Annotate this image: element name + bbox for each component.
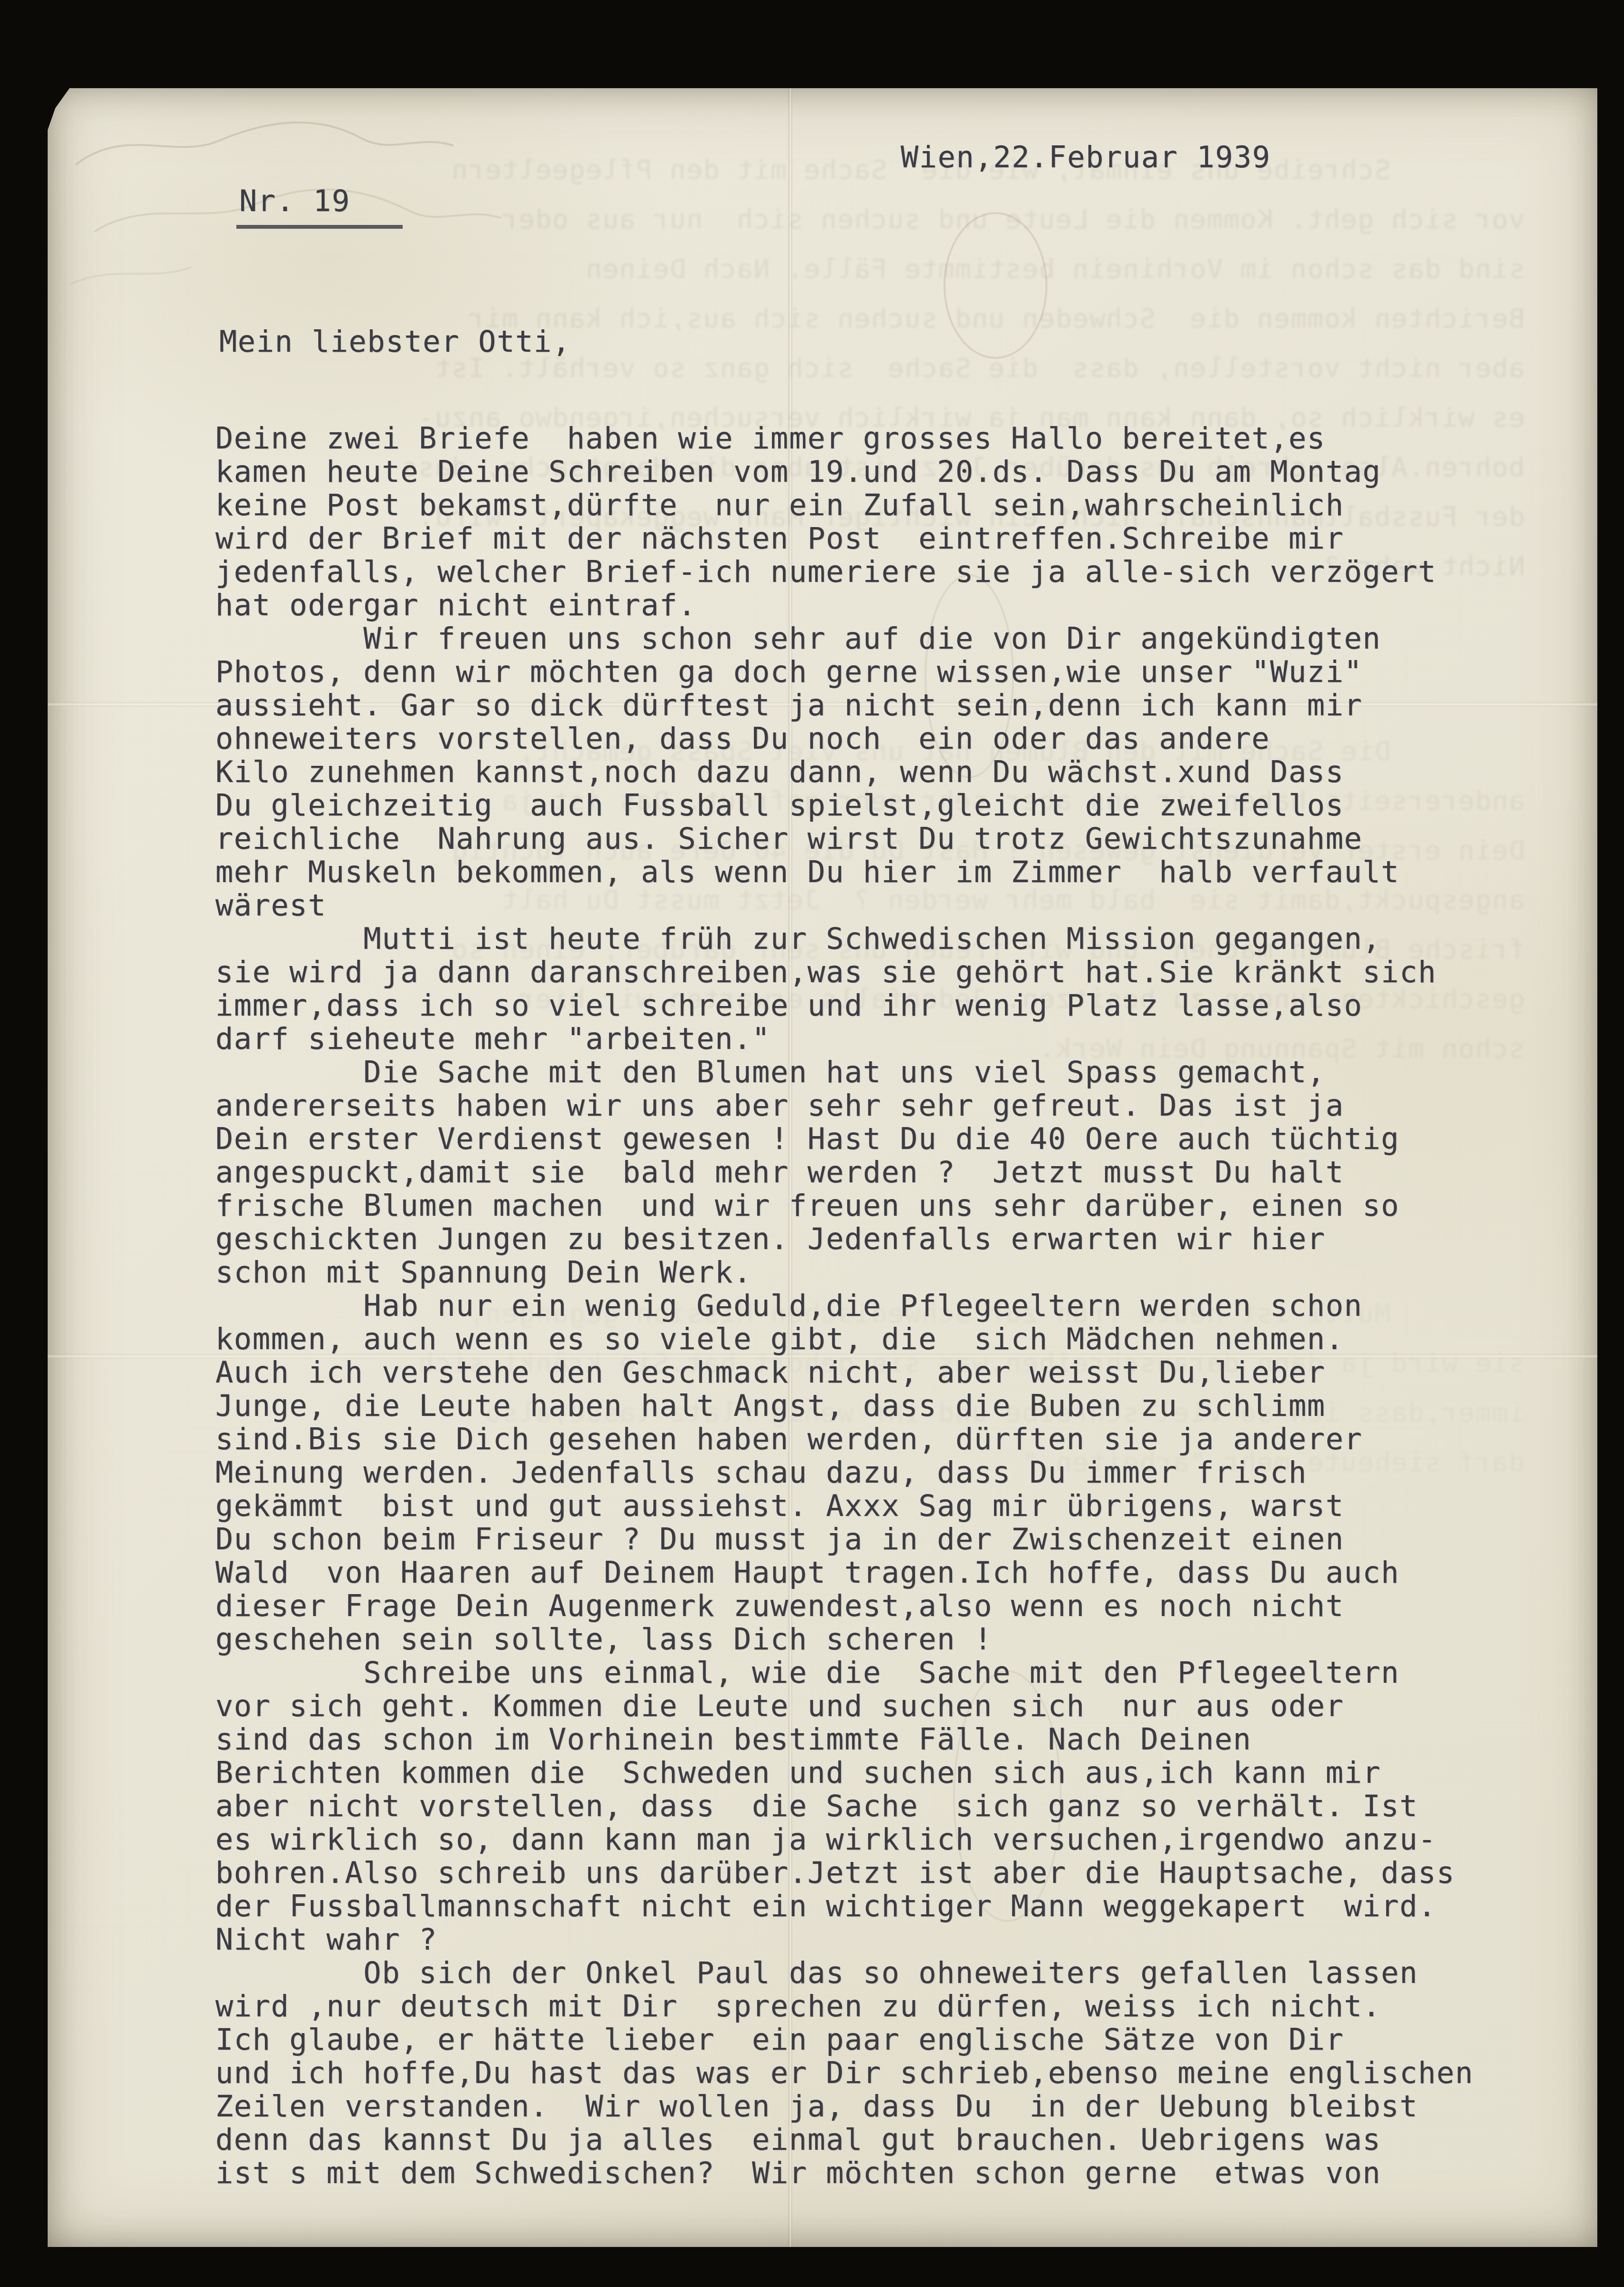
letter-line: bohren.Also schreib uns darüber.Jetzt is… bbox=[215, 1856, 1473, 1890]
letter-line: kommen, auch wenn es so viele gibt, die … bbox=[215, 1322, 1473, 1356]
letter-line: der Fussballmannschaft nicht ein wichtig… bbox=[215, 1890, 1473, 1923]
letter-line: gekämmt bist und gut aussiehst. Axxx Sag… bbox=[215, 1489, 1473, 1523]
letter-line: Auch ich verstehe den Geschmack nicht, a… bbox=[215, 1356, 1473, 1389]
paragraph: Schreibe uns einmal, wie die Sache mit d… bbox=[215, 1656, 1473, 1956]
letter-line: ist s mit dem Schwedischen? Wir möchten … bbox=[215, 2156, 1473, 2190]
letter-line: Dein erster Verdienst gewesen ! Hast Du … bbox=[215, 1122, 1473, 1156]
letter-line: sind.Bis sie Dich gesehen haben werden, … bbox=[215, 1423, 1473, 1456]
letter-line: dieser Frage Dein Augenmerk zuwendest,al… bbox=[215, 1589, 1473, 1623]
letter-line: immer,dass ich so viel schreibe und ihr … bbox=[215, 989, 1473, 1022]
letter-line: kamen heute Deine Schreiben vom 19.und 2… bbox=[215, 455, 1473, 488]
letter-line: Wir freuen uns schon sehr auf die von Di… bbox=[215, 622, 1473, 655]
letter-body: Deine zwei Briefe haben wie immer grosse… bbox=[215, 422, 1473, 2190]
letter-line: Nicht wahr ? bbox=[215, 1923, 1473, 1956]
letter-line: geschehen sein sollte, lass Dich scheren… bbox=[215, 1623, 1473, 1656]
letter-line: Du schon beim Friseur ? Du musst ja in d… bbox=[215, 1523, 1473, 1556]
letter-line: hat odergar nicht eintraf. bbox=[215, 589, 1473, 622]
letter-line: Photos, denn wir möchten ga doch gerne w… bbox=[215, 655, 1473, 689]
letter-line: Deine zwei Briefe haben wie immer grosse… bbox=[215, 422, 1473, 455]
letter-line: andererseits haben wir uns aber sehr seh… bbox=[215, 1089, 1473, 1122]
letter-line: Berichten kommen die Schweden und suchen… bbox=[215, 1756, 1473, 1789]
letter-line: es wirklich so, dann kann man ja wirklic… bbox=[215, 1823, 1473, 1856]
letter-number: Nr. 19 bbox=[236, 183, 403, 229]
letter-line: aber nicht vorstellen, dass die Sache si… bbox=[215, 1789, 1473, 1823]
letter-line: sind das schon im Vorhinein bestimmte Fä… bbox=[215, 1723, 1473, 1756]
letter-line: Meinung werden. Jedenfalls schau dazu, d… bbox=[215, 1456, 1473, 1489]
letter-line: und ich hoffe,Du hast das was er Dir sch… bbox=[215, 2056, 1473, 2090]
letter-line: Wald von Haaren auf Deinem Haupt tragen.… bbox=[215, 1556, 1473, 1589]
letter-line: Zeilen verstanden. Wir wollen ja, dass D… bbox=[215, 2090, 1473, 2123]
scan-background: { "scan": { "background_color": "#0b0a07… bbox=[0, 0, 1624, 2287]
dateline: Wien,22.Februar 1939 bbox=[901, 140, 1271, 174]
embossed-ring bbox=[944, 212, 1047, 359]
paragraph: Hab nur ein wenig Geduld,die Pflegeelter… bbox=[215, 1289, 1473, 1656]
letter-line: jedenfalls, welcher Brief-ich numeriere … bbox=[215, 555, 1473, 589]
letter-line: Schreibe uns einmal, wie die Sache mit d… bbox=[215, 1656, 1473, 1689]
letter-line: geschickten Jungen zu besitzen. Jedenfal… bbox=[215, 1222, 1473, 1256]
letter-line: Junge, die Leute haben halt Angst, dass … bbox=[215, 1389, 1473, 1423]
letter-line: sie wird ja dann daranschreiben,was sie … bbox=[215, 955, 1473, 989]
letter-line: Hab nur ein wenig Geduld,die Pflegeelter… bbox=[215, 1289, 1473, 1322]
letter-line: Die Sache mit den Blumen hat uns viel Sp… bbox=[215, 1056, 1473, 1089]
letter-line: ohneweiters vorstellen, dass Du noch ein… bbox=[215, 722, 1473, 755]
paragraph: Wir freuen uns schon sehr auf die von Di… bbox=[215, 622, 1473, 922]
letter-line: wird ,nur deutsch mit Dir sprechen zu dü… bbox=[215, 1990, 1473, 2023]
letter-line: angespuckt,damit sie bald mehr werden ? … bbox=[215, 1156, 1473, 1189]
letter-line: Mutti ist heute früh zur Schwedischen Mi… bbox=[215, 922, 1473, 955]
letter-line: wärest bbox=[215, 889, 1473, 922]
letter-line: wird der Brief mit der nächsten Post ein… bbox=[215, 522, 1473, 555]
letter-line: Ob sich der Onkel Paul das so ohneweiter… bbox=[215, 1956, 1473, 1990]
paragraph: Die Sache mit den Blumen hat uns viel Sp… bbox=[215, 1056, 1473, 1289]
letter-line: Du gleichzeitig auch Fussball spielst,gl… bbox=[215, 789, 1473, 822]
letter-line: reichliche Nahrung aus. Sicher wirst Du … bbox=[215, 822, 1473, 855]
letter-line: denn das kannst Du ja alles einmal gut b… bbox=[215, 2123, 1473, 2156]
letter-line: vor sich geht. Kommen die Leute und such… bbox=[215, 1689, 1473, 1723]
letter-page: Schreibe uns einmal, wie die Sache mit d… bbox=[48, 88, 1597, 2247]
letter-line: mehr Muskeln bekommen, als wenn Du hier … bbox=[215, 855, 1473, 889]
paragraph: Deine zwei Briefe haben wie immer grosse… bbox=[215, 422, 1473, 622]
paragraph: Ob sich der Onkel Paul das so ohneweiter… bbox=[215, 1956, 1473, 2190]
salutation: Mein liebster Otti, bbox=[219, 324, 571, 359]
letter-line: aussieht. Gar so dick dürftest ja nicht … bbox=[215, 689, 1473, 722]
letter-line: Kilo zunehmen kannst,noch dazu dann, wen… bbox=[215, 755, 1473, 789]
letter-line: keine Post bekamst,dürfte nur ein Zufall… bbox=[215, 488, 1473, 522]
paragraph: Mutti ist heute früh zur Schwedischen Mi… bbox=[215, 922, 1473, 1056]
letter-line: darf sieheute mehr "arbeiten." bbox=[215, 1022, 1473, 1056]
letter-line: frische Blumen machen und wir freuen uns… bbox=[215, 1189, 1473, 1222]
letter-line: Ich glaube, er hätte lieber ein paar eng… bbox=[215, 2023, 1473, 2056]
letter-line: schon mit Spannung Dein Werk. bbox=[215, 1256, 1473, 1289]
